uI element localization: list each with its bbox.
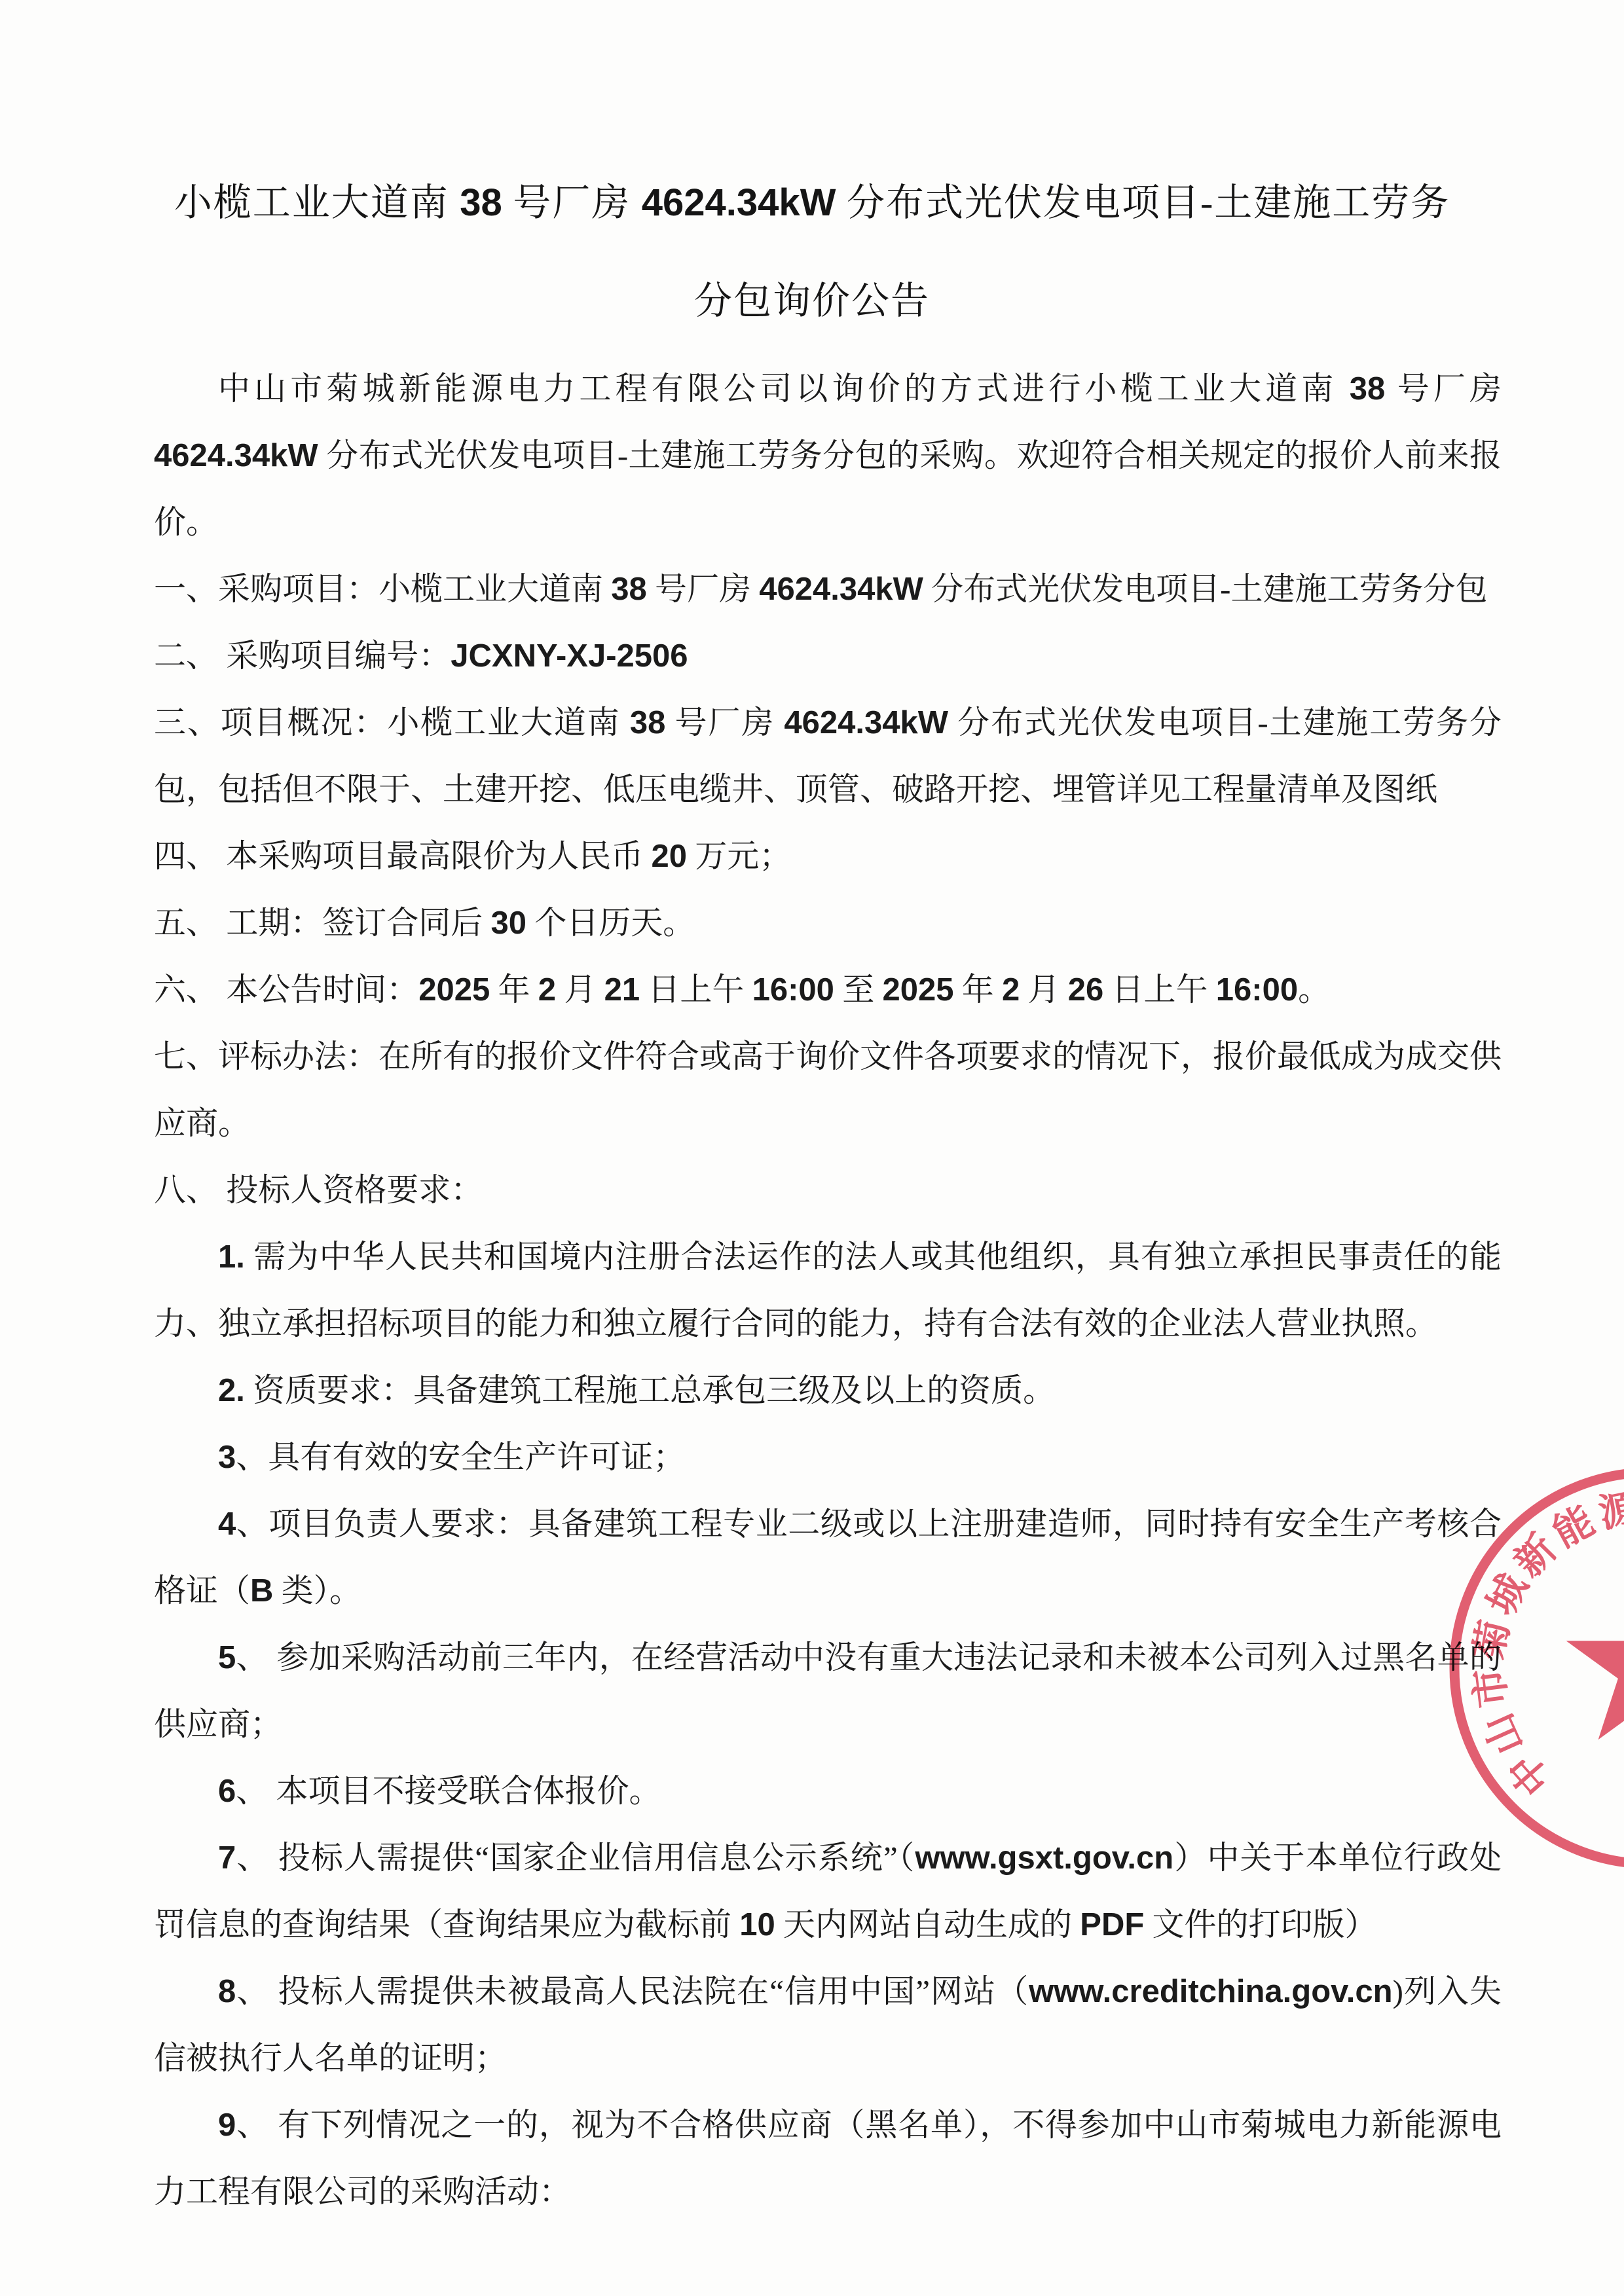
qualification-1-legal-entity: 1. 需为中华人民共和国境内注册合法运作的法人或其他组织，具有独立承担民事责任的… xyxy=(154,1224,1502,1357)
item-8-bidder-qualifications-heading: 八、 投标人资格要求： xyxy=(154,1157,1502,1224)
doc-title: 小榄工业大道南 38 号厂房 4624.34kW 分布式光伏发电项目-土建施工劳… xyxy=(0,154,1624,350)
item-5-construction-period: 五、 工期：签订合同后 30 个日历天。 xyxy=(154,890,1502,957)
intro-paragraph: 中山市菊城新能源电力工程有限公司以询价的方式进行小榄工业大道南 38 号厂房 4… xyxy=(154,355,1502,556)
item-3-project-overview: 三、项目概况：小榄工业大道南 38 号厂房 4624.34kW 分布式光伏发电项… xyxy=(154,689,1502,823)
item-7-evaluation-method: 七、评标办法：在所有的报价文件符合或高于询价文件各项要求的情况下，报价最低成为成… xyxy=(154,1023,1502,1157)
qualification-2-certification: 2. 资质要求：具备建筑工程施工总承包三级及以上的资质。 xyxy=(154,1357,1502,1424)
qualification-4-project-manager: 4、项目负责人要求：具备建筑工程专业二级或以上注册建造师，同时持有安全生产考核合… xyxy=(154,1491,1502,1624)
qualification-8-creditchina-proof: 8、 投标人需提供未被最高人民法院在“信用中国”网站（www.creditchi… xyxy=(154,1958,1502,2092)
qualification-6-no-consortium: 6、 本项目不接受联合体报价。 xyxy=(154,1758,1502,1825)
qualification-3-safety-license: 3、具有有效的安全生产许可证； xyxy=(154,1424,1502,1491)
doc-title-line2: 分包询价公告 xyxy=(0,252,1624,350)
item-1-procurement-project: 一、采购项目：小榄工业大道南 38 号厂房 4624.34kW 分布式光伏发电项… xyxy=(154,556,1502,623)
qualification-5-no-violations: 5、 参加采购活动前三年内，在经营活动中没有重大违法记录和未被本公司列入过黑名单… xyxy=(154,1624,1502,1758)
qualification-7-credit-report: 7、 投标人需提供“国家企业信用信息公示系统”（www.gsxt.gov.cn）… xyxy=(154,1825,1502,1958)
item-4-price-limit: 四、 本采购项目最高限价为人民币 20 万元； xyxy=(154,823,1502,890)
doc-title-line1: 小榄工业大道南 38 号厂房 4624.34kW 分布式光伏发电项目-土建施工劳… xyxy=(0,154,1624,252)
qualification-9-blacklist-rule: 9、 有下列情况之一的，视为不合格供应商（黑名单），不得参加中山市菊城电力新能源… xyxy=(154,2092,1502,2225)
seal-star xyxy=(1566,1580,1624,1740)
document-page: 小榄工业大道南 38 号厂房 4624.34kW 分布式光伏发电项目-土建施工劳… xyxy=(0,0,1624,2296)
item-2-project-number: 二、 采购项目编号：JCXNY-XJ-2506 xyxy=(154,623,1502,689)
doc-body: 中山市菊城新能源电力工程有限公司以询价的方式进行小榄工业大道南 38 号厂房 4… xyxy=(154,355,1502,2225)
item-6-notice-time: 六、 本公告时间：2025 年 2 月 21 日上午 16:00 至 2025 … xyxy=(154,957,1502,1023)
